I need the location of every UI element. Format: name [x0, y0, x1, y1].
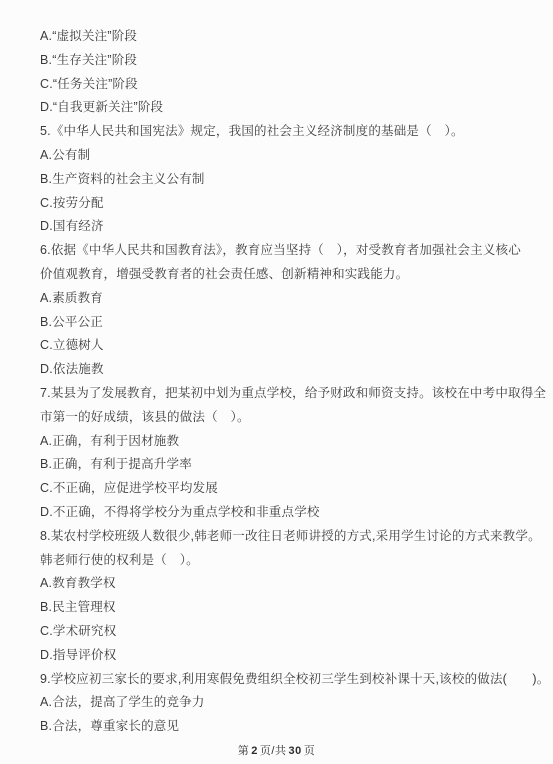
- exam-page: A.“虚拟关注”阶段B.“生存关注”阶段C.“任务关注”阶段D.“自我更新关注”…: [0, 0, 553, 764]
- question-line: 7.某县为了发展教育，把某初中划为重点学校，给予财政和师资支持。该校在中考中取得…: [40, 382, 523, 406]
- footer-total-pages: 30: [288, 745, 301, 757]
- exam-content: A.“虚拟关注”阶段B.“生存关注”阶段C.“任务关注”阶段D.“自我更新关注”…: [40, 25, 523, 739]
- option-line: A.正确，有利于因材施教: [40, 430, 523, 454]
- option-line: B.生产资料的社会主义公有制: [40, 168, 523, 192]
- option-line: A.教育教学权: [40, 572, 523, 596]
- option-line: A.公有制: [40, 144, 523, 168]
- option-line: D.“自我更新关注”阶段: [40, 96, 523, 120]
- question-line: 6.依据《中华人民共和国教育法》，教育应当坚持（ ），对受教育者加强社会主义核心: [40, 239, 523, 263]
- footer-current-page: 2: [251, 745, 258, 757]
- option-line: B.正确，有利于提高升学率: [40, 453, 523, 477]
- question-continuation-line: 韩老师行使的权利是（ ）。: [40, 549, 523, 573]
- option-line: D.依法施教: [40, 358, 523, 382]
- question-line: 9.学校应初三家长的要求,利用寒假免费组织全校初三学生到校补课十天,该校的做法(…: [40, 668, 523, 692]
- option-line: D.不正确，不得将学校分为重点学校和非重点学校: [40, 501, 523, 525]
- option-line: B.公平公正: [40, 311, 523, 335]
- option-line: C.立德树人: [40, 334, 523, 358]
- question-line: 8.某农村学校班级人数很少,韩老师一改往日老师讲授的方式,采用学生讨论的方式来教…: [40, 525, 523, 549]
- option-line: C.按劳分配: [40, 192, 523, 216]
- option-line: B.“生存关注”阶段: [40, 49, 523, 73]
- option-line: C.学术研究权: [40, 620, 523, 644]
- option-line: D.国有经济: [40, 215, 523, 239]
- question-continuation-line: 价值观教育，增强受教育者的社会责任感、创新精神和实践能力。: [40, 263, 523, 287]
- option-line: A.合法，提高了学生的竞争力: [40, 691, 523, 715]
- option-line: B.民主管理权: [40, 596, 523, 620]
- page-footer: 第2页/共30页: [0, 742, 553, 758]
- option-line: B.合法，尊重家长的意见: [40, 715, 523, 739]
- footer-prefix: 第: [238, 745, 250, 757]
- question-continuation-line: 市第一的好成绩，该县的做法（ ）。: [40, 406, 523, 430]
- option-line: C.不正确，应促进学校平均发展: [40, 477, 523, 501]
- option-line: A.素质教育: [40, 287, 523, 311]
- option-line: A.“虚拟关注”阶段: [40, 25, 523, 49]
- footer-suffix: 页: [304, 745, 316, 757]
- option-line: C.“任务关注”阶段: [40, 73, 523, 97]
- footer-middle: 页/共: [260, 745, 287, 757]
- question-line: 5.《中华人民共和国宪法》规定，我国的社会主义经济制度的基础是（ ）。: [40, 120, 523, 144]
- option-line: D.指导评价权: [40, 644, 523, 668]
